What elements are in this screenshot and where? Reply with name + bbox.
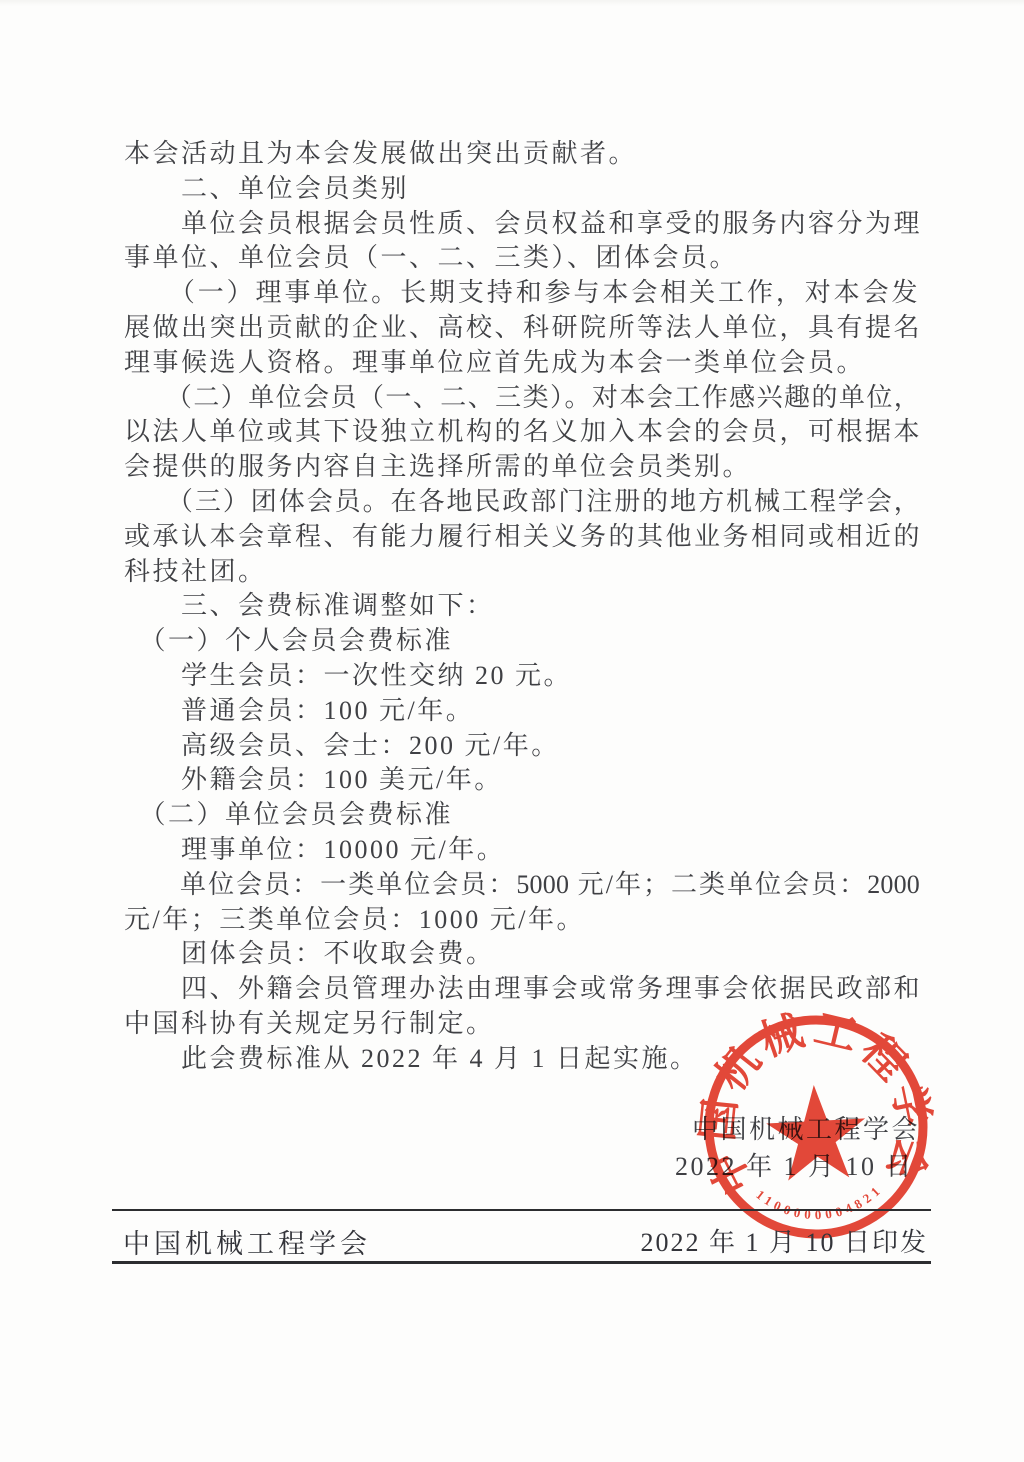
body-line: 团体会员：不收取会费。 (124, 937, 920, 972)
body-line: 理事候选人资格。理事单位应首先成为本会一类单位会员。 (124, 346, 920, 381)
body-line: 高级会员、会士：200 元/年。 (124, 729, 920, 764)
body-line: 元/年；三类单位会员：1000 元/年。 (124, 903, 920, 938)
body-line: （二）单位会员（一、二、三类）。对本会工作感兴趣的单位， (124, 381, 920, 416)
body-line: 学生会员：一次性交纳 20 元。 (124, 659, 920, 694)
body-line: 会提供的服务内容自主选择所需的单位会员类别。 (124, 450, 920, 485)
body-line: 或承认本会章程、有能力履行相关义务的其他业务相同或相近的 (124, 520, 920, 555)
scanned-document-page: 本会活动且为本会发展做出突出贡献者。 二、单位会员类别 单位会员根据会员性质、会… (0, 0, 1024, 1462)
body-line: 事单位、单位会员（一、二、三类）、团体会员。 (124, 241, 920, 276)
document-body: 本会活动且为本会发展做出突出贡献者。 二、单位会员类别 单位会员根据会员性质、会… (124, 137, 920, 1077)
body-line: 二、单位会员类别 (124, 172, 920, 207)
body-line: 本会活动且为本会发展做出突出贡献者。 (124, 137, 920, 172)
body-line: 科技社团。 (124, 555, 920, 590)
body-line: 三、会费标准调整如下： (124, 589, 920, 624)
body-line: （一）个人会员会费标准 (124, 624, 920, 659)
body-line: （一）理事单位。长期支持和参与本会相关工作，对本会发 (124, 276, 920, 311)
body-line: 普通会员：100 元/年。 (124, 694, 920, 729)
body-line: 外籍会员：100 美元/年。 (124, 763, 920, 798)
seal-star-icon (764, 1082, 868, 1181)
body-line: 四、外籍会员管理办法由理事会或常务理事会依据民政部和 (124, 972, 920, 1007)
footer-issue-date: 2022 年 1 月 10 日印发 (640, 1222, 928, 1259)
body-line: 单位会员根据会员性质、会员权益和享受的服务内容分为理 (124, 207, 920, 242)
footer-divider-top (112, 1209, 931, 1211)
footer-org: 中国机械工程学会 (123, 1222, 371, 1261)
body-line: （三）团体会员。在各地民政部门注册的地方机械工程学会， (124, 485, 920, 520)
body-line: （二）单位会员会费标准 (124, 798, 920, 833)
body-line: 单位会员：一类单位会员：5000 元/年；二类单位会员：2000 (124, 868, 920, 903)
body-line: 理事单位：10000 元/年。 (124, 833, 920, 868)
official-seal: 中国机械工程学会 1100000004821 (694, 1005, 938, 1249)
footer-divider-bottom (112, 1261, 931, 1264)
body-line: 展做出突出贡献的企业、高校、科研院所等法人单位，具有提名 (124, 311, 920, 346)
body-line: 以法人单位或其下设独立机构的名义加入本会的会员，可根据本 (124, 415, 920, 450)
